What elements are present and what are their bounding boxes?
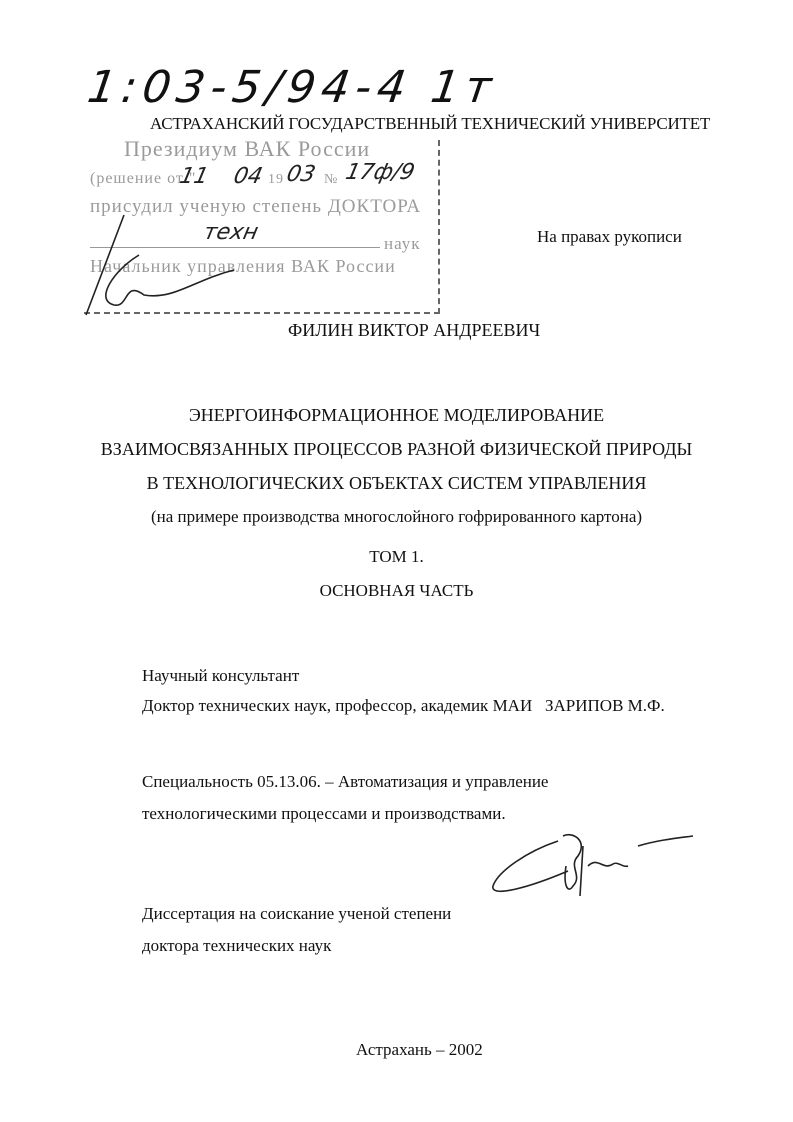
stamp-number-prefix: № — [324, 172, 338, 188]
rights-note: На правах рукописи — [537, 227, 682, 247]
stamp-line-1: Президиум ВАК России — [124, 136, 370, 162]
dissertation-line-1: Диссертация на соискание ученой степени — [142, 904, 451, 924]
city-year: Астрахань – 2002 — [356, 1040, 483, 1060]
university-name: АСТРАХАНСКИЙ ГОСУДАРСТВЕННЫЙ ТЕХНИЧЕСКИЙ… — [150, 114, 710, 134]
dissertation-line-2: доктора технических наук — [142, 936, 331, 956]
specialty-line-1: Специальность 05.13.06. – Автоматизация … — [142, 772, 548, 792]
dissertation-title: ЭНЕРГОИНФОРМАЦИОННОЕ МОДЕЛИРОВАНИЕ ВЗАИМ… — [0, 398, 793, 534]
stamp-year: 03 — [284, 162, 317, 187]
title-line-2: ВЗАИМОСВЯЗАННЫХ ПРОЦЕССОВ РАЗНОЙ ФИЗИЧЕС… — [0, 432, 793, 466]
signature-icon — [488, 826, 698, 906]
stamp-line-4-suffix: наук — [384, 234, 421, 254]
volume-part: ОСНОВНАЯ ЧАСТЬ — [0, 574, 793, 608]
volume-block: ТОМ 1. ОСНОВНАЯ ЧАСТЬ — [0, 540, 793, 608]
stamp-signature-icon — [84, 210, 284, 320]
consultant-label: Научный консультант — [142, 666, 299, 686]
title-subtitle: (на примере производства многослойного г… — [0, 500, 793, 534]
stamp-year-prefix: 19 — [268, 172, 284, 188]
title-line-3: В ТЕХНОЛОГИЧЕСКИХ ОБЪЕКТАХ СИСТЕМ УПРАВЛ… — [0, 466, 793, 500]
stamp-day: 11 — [177, 164, 210, 189]
stamp-month: 04 — [231, 164, 264, 189]
volume-number: ТОМ 1. — [0, 540, 793, 574]
title-line-1: ЭНЕРГОИНФОРМАЦИОННОЕ МОДЕЛИРОВАНИЕ — [0, 398, 793, 432]
consultant-details: Доктор технических наук, профессор, акад… — [142, 696, 665, 716]
stamp-number: 17ф/9 — [343, 160, 417, 185]
vak-approval-stamp: Президиум ВАК России (решение от " 11 04… — [84, 140, 440, 314]
handwritten-archive-code: 1:03-5/94-4 1т — [84, 62, 500, 113]
specialty-line-2: технологическими процессами и производст… — [142, 804, 506, 824]
author-name: ФИЛИН ВИКТОР АНДРЕЕВИЧ — [288, 320, 540, 341]
